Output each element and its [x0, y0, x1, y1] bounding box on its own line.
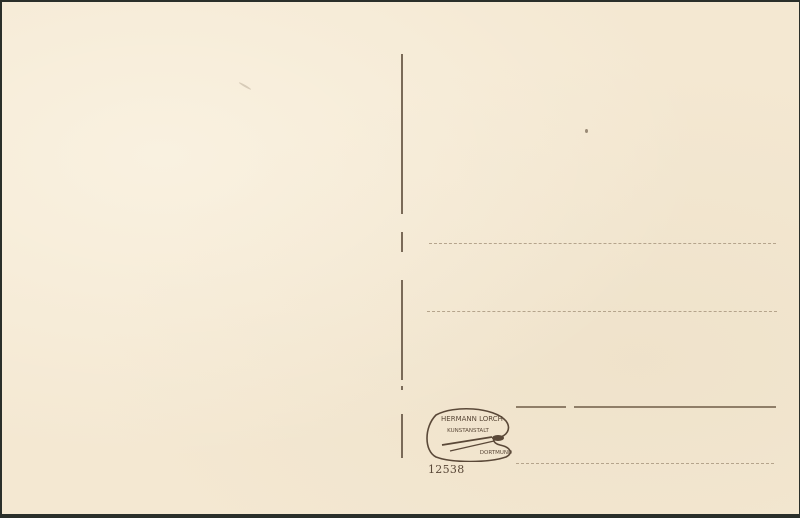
center-divider-segment [401, 54, 403, 214]
address-line-3 [516, 406, 566, 408]
svg-text:HERMANN LORCH: HERMANN LORCH [441, 415, 503, 423]
postcard-back: HERMANN LORCH KUNSTANSTALT DORTMUND 1253… [2, 2, 799, 514]
publisher-stamp: HERMANN LORCH KUNSTANSTALT DORTMUND [422, 407, 518, 462]
center-divider-segment [401, 280, 403, 380]
address-line-1 [429, 243, 776, 244]
catalog-number: 12538 [428, 463, 465, 476]
artist-palette-icon: HERMANN LORCH KUNSTANSTALT DORTMUND [422, 407, 518, 462]
paper-speck [585, 129, 588, 133]
address-line-3b [574, 406, 776, 408]
address-line-4 [516, 463, 774, 464]
center-divider-segment [401, 414, 403, 458]
center-divider-segment [401, 232, 403, 252]
address-line-2 [427, 311, 777, 312]
center-divider-segment [401, 386, 403, 390]
svg-text:DORTMUND: DORTMUND [480, 450, 512, 456]
svg-text:KUNSTANSTALT: KUNSTANSTALT [447, 428, 489, 434]
paper-speck [238, 82, 251, 91]
